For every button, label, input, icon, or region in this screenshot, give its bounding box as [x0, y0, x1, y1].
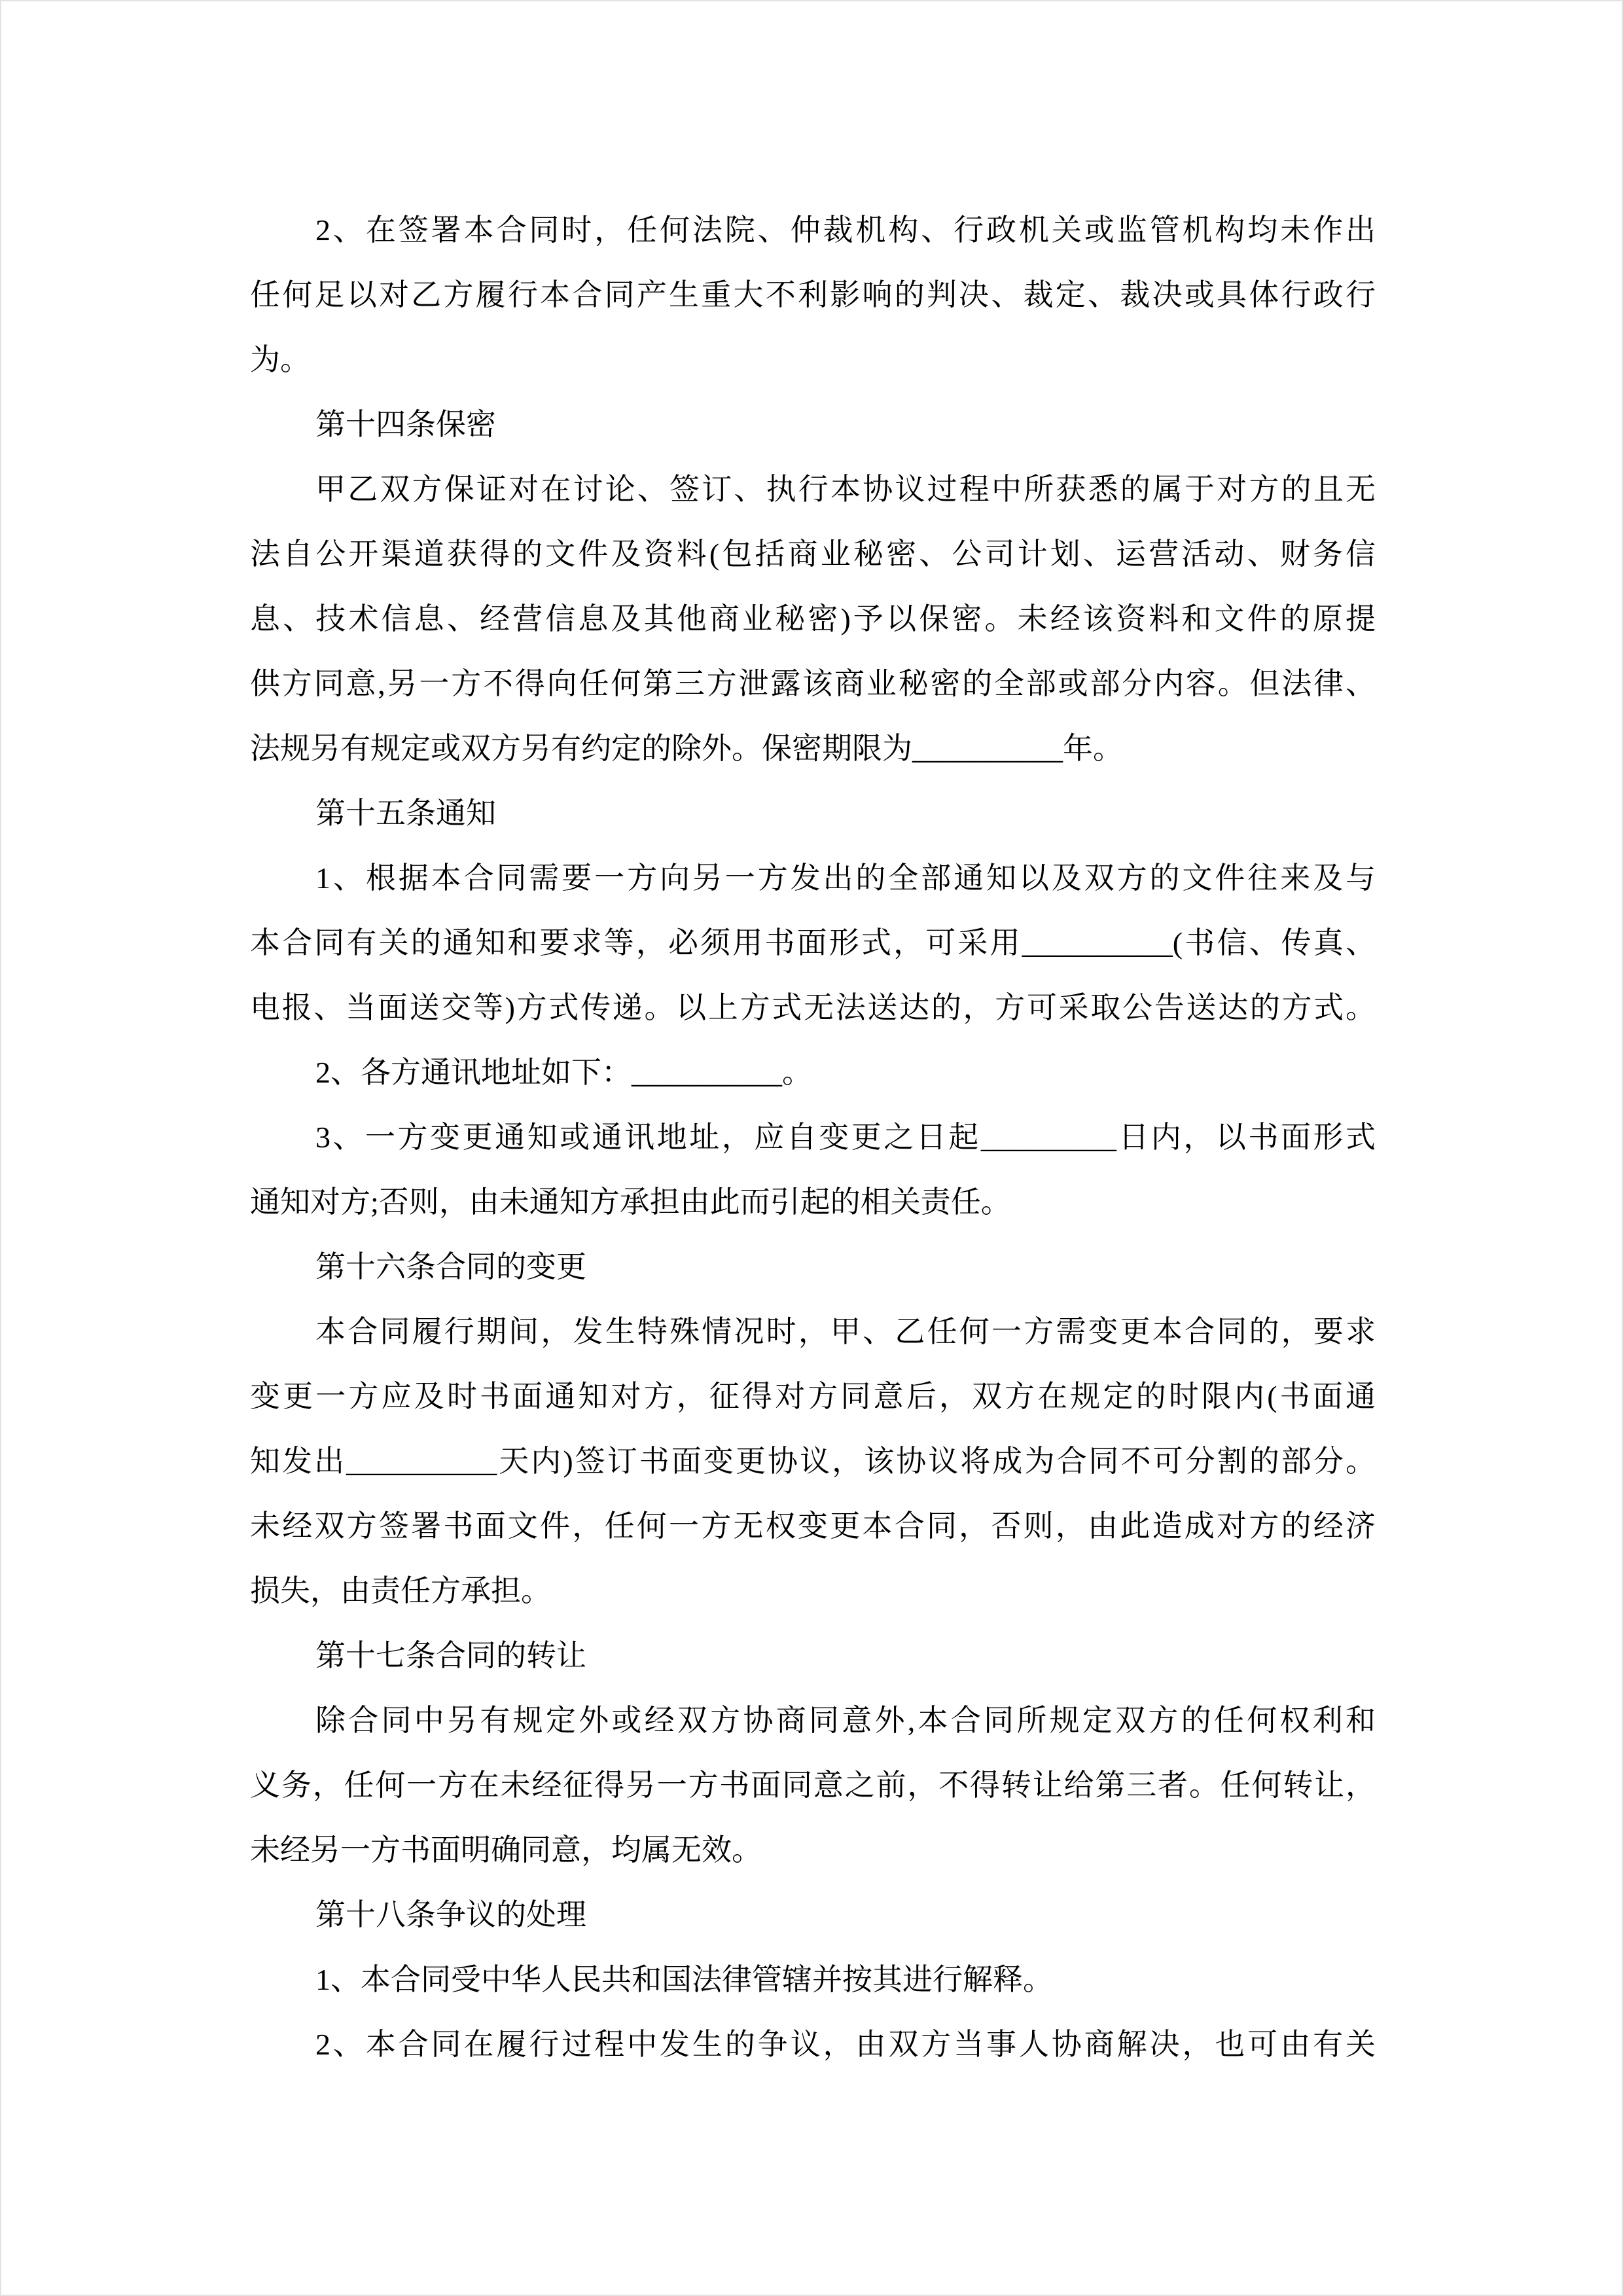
text-line: 2、在签署本合同时，任何法院、仲裁机构、行政机关或监管机构均未作出: [250, 198, 1376, 262]
contract-body: 2、在签署本合同时，任何法院、仲裁机构、行政机关或监管机构均未作出任何足以对乙方…: [250, 198, 1376, 2077]
text-line: 通知对方;否则，由未通知方承担由此而引起的相关责任。: [250, 1170, 1376, 1234]
text-line: 为。: [250, 327, 1376, 392]
contract-page: 2、在签署本合同时，任何法院、仲裁机构、行政机关或监管机构均未作出任何足以对乙方…: [0, 0, 1623, 2296]
text-line: 本合同履行期间，发生特殊情况时，甲、乙任何一方需变更本合同的，要求: [250, 1299, 1376, 1364]
text-line: 2、各方通讯地址如下：__________。: [250, 1040, 1376, 1105]
text-line: 任何足以对乙方履行本合同产生重大不利影响的判决、裁定、裁决或具体行政行: [250, 262, 1376, 327]
text-line: 未经双方签署书面文件，任何一方无权变更本合同，否则，由此造成对方的经济: [250, 1494, 1376, 1558]
text-line: 第十五条通知: [250, 781, 1376, 846]
text-line: 第十六条合同的变更: [250, 1234, 1376, 1299]
text-line: 知发出__________天内)签订书面变更协议，该协议将成为合同不可分割的部分…: [250, 1429, 1376, 1494]
text-line: 第十八条争议的处理: [250, 1882, 1376, 1947]
text-line: 除合同中另有规定外或经双方协商同意外,本合同所规定双方的任何权利和: [250, 1688, 1376, 1753]
text-line: 电报、当面送交等)方式传递。以上方式无法送达的，方可采取公告送达的方式。: [250, 975, 1376, 1040]
text-line: 法规另有规定或双方另有约定的除外。保密期限为__________年。: [250, 716, 1376, 781]
text-line: 第十四条保密: [250, 392, 1376, 457]
text-line: 息、技术信息、经营信息及其他商业秘密)予以保密。未经该资料和文件的原提: [250, 586, 1376, 651]
text-line: 本合同有关的通知和要求等，必须用书面形式，可采用__________(书信、传真…: [250, 910, 1376, 975]
text-line: 义务，任何一方在未经征得另一方书面同意之前，不得转让给第三者。任何转让，: [250, 1753, 1376, 1818]
text-line: 2、本合同在履行过程中发生的争议，由双方当事人协商解决，也可由有关: [250, 2012, 1376, 2077]
text-line: 甲乙双方保证对在讨论、签订、执行本协议过程中所获悉的属于对方的且无: [250, 457, 1376, 522]
text-line: 未经另一方书面明确同意，均属无效。: [250, 1818, 1376, 1882]
text-line: 1、根据本合同需要一方向另一方发出的全部通知以及双方的文件往来及与: [250, 846, 1376, 910]
text-line: 法自公开渠道获得的文件及资料(包括商业秘密、公司计划、运营活动、财务信: [250, 522, 1376, 586]
text-line: 3、一方变更通知或通讯地址，应自变更之日起_________日内，以书面形式: [250, 1105, 1376, 1170]
text-line: 供方同意,另一方不得向任何第三方泄露该商业秘密的全部或部分内容。但法律、: [250, 651, 1376, 716]
text-line: 损失，由责任方承担。: [250, 1558, 1376, 1623]
text-line: 变更一方应及时书面通知对方，征得对方同意后，双方在规定的时限内(书面通: [250, 1364, 1376, 1429]
text-line: 第十七条合同的转让: [250, 1623, 1376, 1688]
text-line: 1、本合同受中华人民共和国法律管辖并按其进行解释。: [250, 1947, 1376, 2012]
